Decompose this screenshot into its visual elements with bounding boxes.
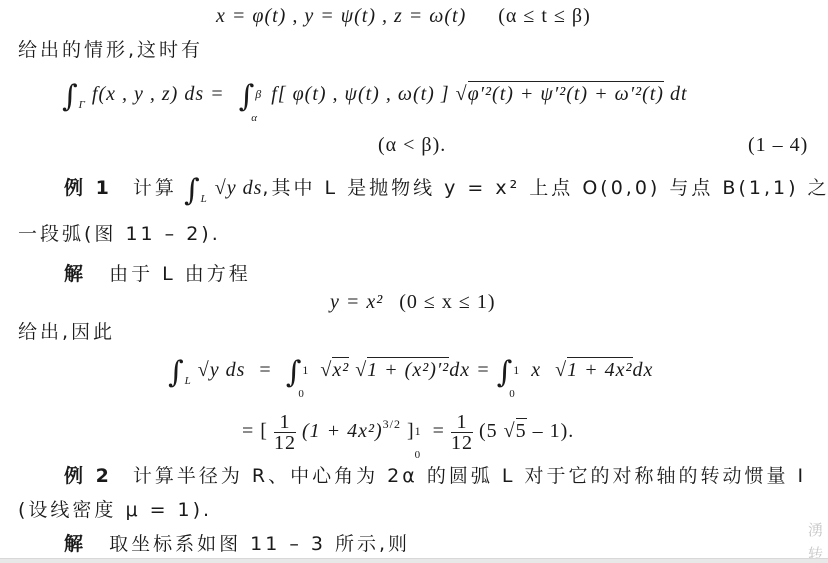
upper-limit: 1 [513,358,520,382]
upper-limit: 1 [302,358,309,382]
lower-limit: α [251,106,258,130]
exponent: 3/2 [383,417,401,431]
calculation-line-1: ∫L √y ds = ∫10 √x² √1 + (x²)′²dx = ∫10 x… [168,358,653,393]
widget-char[interactable]: 湧 [808,518,828,542]
equation: y = x² [330,291,383,313]
integral-sign: ∫ [168,355,185,390]
upper-limit: 1 [415,419,422,443]
document-page: x = φ(t) , y = ψ(t) , z = ω(t) (α ≤ t ≤ … [0,0,828,558]
solution-1-line: 解 由于 L 由方程 [64,262,251,286]
integrand: √y ds [198,359,246,381]
result-text: – 1). [533,420,575,442]
line-integral-formula: ∫Γ f(x , y , z) ds = ∫βα f[ φ(t) , ψ(t) … [62,82,688,117]
denominator: 12 [451,433,473,453]
side-floating-widget[interactable]: 湧 转 [808,518,828,563]
calculation-line-2: = [ 112 (1 + 4x²)3/2 ]10 = 112 (5 √5 – 1… [242,412,574,453]
sqrt-body: x² [332,357,349,381]
integral-subscript: Γ [79,99,86,111]
example-label: 例 1 [64,177,112,199]
example-1-continued: 一段弧(图 11 – 2). [18,222,221,246]
integral-lhs: f(x , y , z) ds = [92,83,225,105]
solution-text: 取坐标系如图 11 – 3 所示,则 [109,533,410,555]
solution-label: 解 [64,533,86,555]
example-text: ,其中 L 是抛物线 y = x² 上点 O(0,0) 与点 B(1,1) 之间… [262,177,828,199]
text-line-given-2: 给出,因此 [18,320,115,344]
example-text: 计算半径为 R、中心角为 2α 的圆弧 L 对于它的对称轴的转动惯量 I [133,465,806,487]
differential: dx [633,359,654,381]
equation-number: (1 – 4) [748,133,808,157]
parametric-text: x = φ(t) , y = ψ(t) , z = ω(t) [216,5,466,27]
example-1-line: 例 1 计算 ∫L √y ds,其中 L 是抛物线 y = x² 上点 O(0,… [64,176,828,211]
fraction: 112 [274,412,296,453]
parabola-equation: y = x² (0 ≤ x ≤ 1) [330,290,496,314]
integrand: √y ds [215,177,263,199]
solution-text: 由于 L 由方程 [109,263,251,285]
differential: dx = [449,359,490,381]
bottom-border [0,558,828,563]
example-2-continued: (设线密度 μ = 1). [18,498,212,522]
integrand-function: f[ φ(t) , ψ(t) , ω(t) ] [271,83,449,105]
parameter-range: (α ≤ t ≤ β) [498,5,590,27]
sqrt-body: φ′²(t) + ψ′²(t) + ω′²(t) [468,81,664,105]
factor-x: x [531,359,541,381]
condition: (α < β). [378,133,446,157]
differential: dt [670,83,688,105]
text-line-given: 给出的情形,这时有 [18,38,203,62]
fraction: 112 [451,412,473,453]
lower-limit: 0 [509,382,516,406]
example-2-line: 例 2 计算半径为 R、中心角为 2α 的圆弧 L 对于它的对称轴的转动惯量 I [64,464,806,488]
integral-subscript: L [185,375,192,387]
example-label: 例 2 [64,465,112,487]
result-text: (5 [479,420,498,442]
integral-sign: ∫ [62,79,79,114]
sqrt-body: 1 + 4x² [567,357,632,381]
integral-sign: ∫ [184,173,201,208]
numerator: 1 [451,412,473,433]
numerator: 1 [274,412,296,433]
example-text: 计算 [133,177,177,199]
equation-range: (0 ≤ x ≤ 1) [399,291,495,313]
parametric-equation: x = φ(t) , y = ψ(t) , z = ω(t) (α ≤ t ≤ … [216,4,591,28]
solution-2-line: 解 取坐标系如图 11 – 3 所示,则 [64,532,410,556]
sqrt-body: 1 + (x²)′² [367,357,449,381]
bracket-body: (1 + 4x²) [302,420,383,442]
solution-label: 解 [64,263,86,285]
sqrt-body: 5 [516,418,527,442]
denominator: 12 [274,433,296,453]
integral-subscript: L [201,193,208,205]
sqrt-sign: √ [456,83,468,105]
upper-limit: β [255,82,262,106]
lower-limit: 0 [298,382,305,406]
